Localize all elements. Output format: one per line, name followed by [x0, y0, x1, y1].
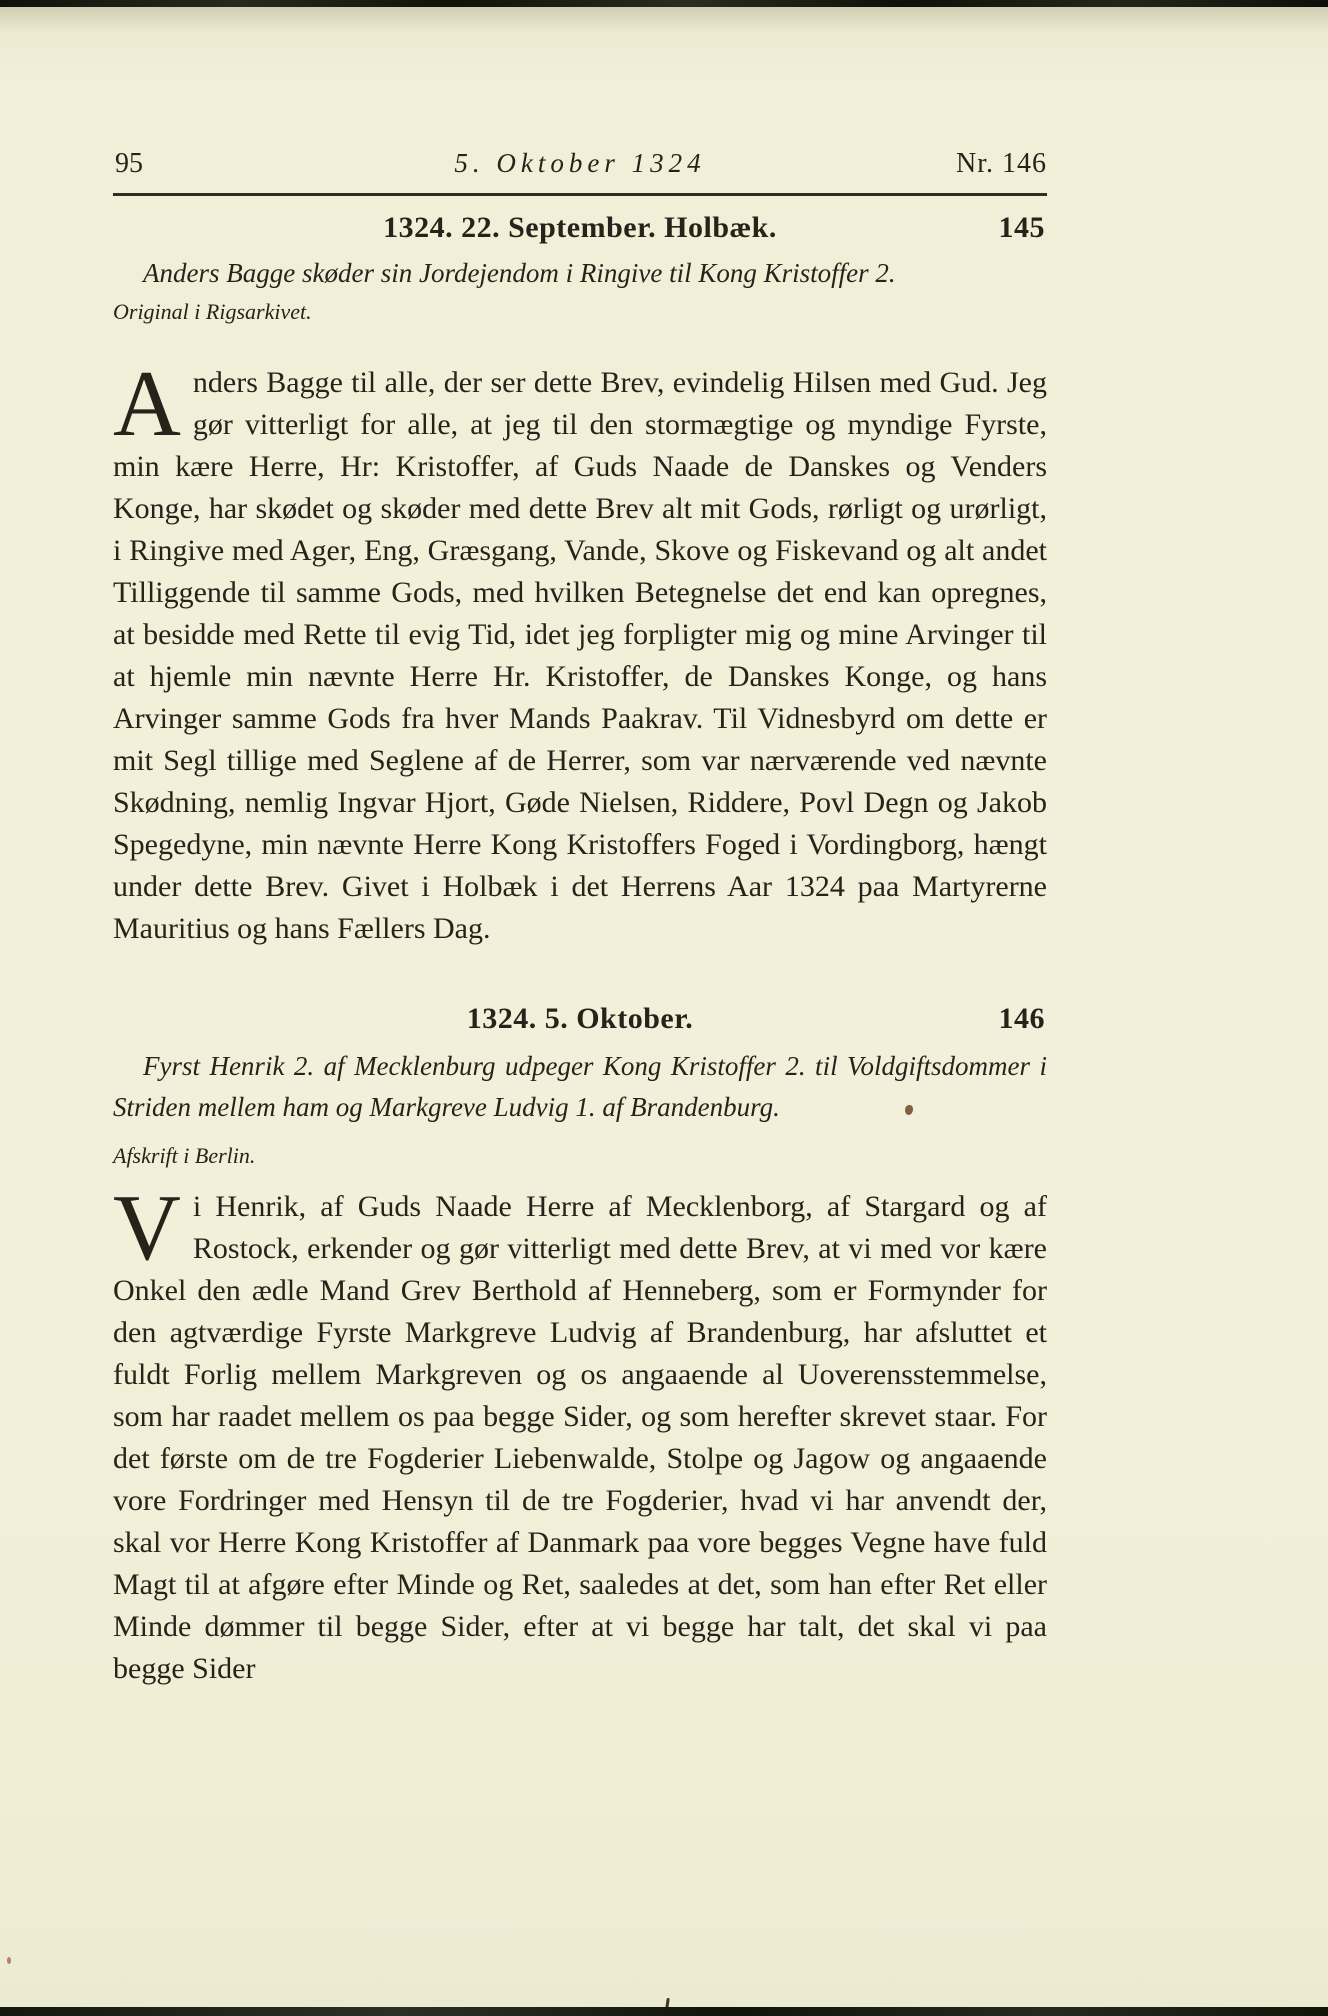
scanned-book-page: 95 5. Oktober 1324 Nr. 146 1324. 22. Sep… — [0, 0, 1328, 2016]
drop-cap-v: V — [113, 1186, 193, 1264]
section-145-heading: 1324. 22. September. Holbæk. 145 — [113, 211, 1047, 245]
scan-edge-top — [0, 0, 1328, 7]
scan-edge-top-shadow — [0, 7, 1328, 33]
section-146-source-note: Afskrift i Berlin. — [113, 1143, 255, 1169]
section-146-heading-text: 1324. 5. Oktober. — [467, 1002, 694, 1035]
paper-speck — [7, 1957, 11, 1964]
section-145-number: 145 — [999, 211, 1046, 245]
section-146-body: Vi Henrik, af Guds Naade Herre af Meckle… — [113, 1186, 1047, 1690]
scan-edge-bottom — [0, 2007, 1328, 2016]
section-145-body: Anders Bagge til alle, der ser dette Bre… — [113, 362, 1047, 950]
document-number-right: Nr. 146 — [956, 148, 1047, 180]
running-title: 5. Oktober 1324 — [113, 148, 1047, 179]
header-rule — [113, 193, 1047, 196]
section-146-summary: Fyrst Henrik 2. af Mecklenburg udpeger K… — [113, 1046, 1047, 1128]
drop-cap-a: A — [113, 362, 193, 440]
section-145-body-text: nders Bagge til alle, der ser dette Brev… — [113, 366, 1047, 945]
section-146-heading: 1324. 5. Oktober. 146 — [113, 1002, 1047, 1036]
section-146-body-text: i Henrik, af Guds Naade Herre af Mecklen… — [113, 1190, 1047, 1685]
section-146-number: 146 — [999, 1002, 1046, 1036]
section-145-summary: Anders Bagge skøder sin Jordejendom i Ri… — [113, 253, 1047, 294]
section-145-source-note: Original i Rigsarkivet. — [113, 299, 312, 325]
section-145-heading-text: 1324. 22. September. Holbæk. — [383, 211, 777, 244]
running-header: 95 5. Oktober 1324 Nr. 146 — [113, 148, 1047, 184]
